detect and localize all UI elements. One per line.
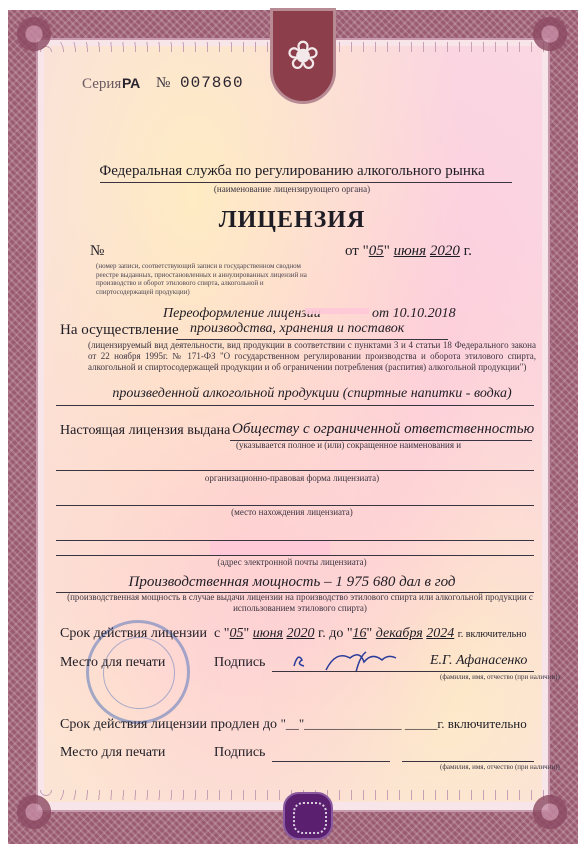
coat-of-arms-emblem: ❀ — [270, 8, 336, 104]
issuing-body: Федеральная служба по регулированию алко… — [0, 163, 584, 180]
stamp-place-label: Место для печати — [60, 655, 165, 671]
reissue-label: Переоформление лицензии — [163, 306, 321, 322]
series-number-sign: № — [156, 75, 170, 92]
corner-ornament-icon — [14, 14, 54, 54]
issuing-body-note: (наименование лицензирующего органа) — [0, 184, 584, 194]
extension-validity: Срок действия лицензии продлен до "__"__… — [60, 716, 527, 733]
licensee-name-note: (указывается полное и (или) сокращенное … — [236, 440, 461, 450]
record-date: от "05" июня 2020 г. — [345, 243, 472, 260]
divider — [100, 182, 512, 183]
series-label: Серия — [82, 76, 121, 93]
series-code: РА — [122, 75, 140, 91]
record-date-day: 05 — [369, 243, 384, 259]
signer-name: Е.Г. Афанасенко — [430, 653, 527, 669]
signer-name-note: (фамилия, имя, отчество (при наличии)) — [440, 673, 560, 681]
redacted-field — [210, 541, 330, 555]
activity-label: На осуществление — [60, 322, 179, 339]
signature-line — [272, 761, 390, 762]
validity-to-day: 16 — [353, 626, 367, 641]
licensee-form-note: организационно-правовая форма лицензиата… — [0, 473, 584, 483]
record-number-note: (номер записи, соответствующий записи в … — [96, 262, 316, 296]
reissue-date: от 10.10.2018 — [372, 306, 456, 322]
license-document: ❀ Серия РА № 007860 Федеральная служба п… — [0, 0, 584, 848]
bottom-rosette-ornament — [283, 792, 333, 840]
document-title: ЛИЦЕНЗИЯ — [0, 207, 584, 234]
licensee-email-note: (адрес электронной почты лицензиата) — [0, 557, 584, 567]
licensee-name: Обществу с ограниченной ответственностью — [232, 421, 534, 438]
validity-period: Срок действия лицензии с "05" июня 2020 … — [60, 626, 527, 642]
validity-to-year: 2024 — [426, 626, 454, 641]
double-headed-eagle-icon: ❀ — [281, 31, 325, 81]
divider — [272, 671, 534, 672]
record-number-label: № — [90, 243, 104, 260]
signature-label: Подпись — [214, 655, 265, 671]
product-type: произведенной алкогольной продукции (спи… — [88, 386, 536, 402]
series-number: 007860 — [180, 74, 244, 92]
divider — [56, 505, 534, 506]
validity-from-month: июня — [253, 626, 283, 641]
name-line — [402, 761, 534, 762]
licensee-label: Настоящая лицензия выдана — [60, 423, 230, 439]
activity-value: производства, хранения и поставок — [190, 321, 404, 337]
extension-stamp-place-label: Место для печати — [60, 745, 165, 761]
activity-law-note: (лицензируемый вид деятельности, вид про… — [88, 340, 536, 373]
extension-signer-name-note: (фамилия, имя, отчество (при наличии)) — [440, 763, 560, 771]
record-date-month: июня — [394, 243, 427, 259]
record-date-year: 2020 — [430, 243, 460, 259]
corner-ornament-icon — [530, 792, 570, 832]
validity-from-day: 05 — [229, 626, 243, 641]
corner-ornament-icon — [14, 792, 54, 832]
licensee-location-note: (место нахождения лицензиата) — [0, 507, 584, 517]
extension-signature-label: Подпись — [214, 745, 265, 761]
validity-from-year: 2020 — [287, 626, 315, 641]
redacted-field — [305, 308, 369, 314]
divider — [56, 470, 534, 471]
validity-to-month: декабря — [376, 626, 423, 641]
divider — [56, 555, 534, 556]
corner-ornament-icon — [530, 14, 570, 54]
divider — [56, 405, 534, 406]
production-capacity-note: (производственная мощность в случае выда… — [60, 592, 540, 614]
rosette-pattern-icon — [293, 802, 327, 834]
production-capacity: Производственная мощность – 1 975 680 да… — [0, 574, 584, 591]
